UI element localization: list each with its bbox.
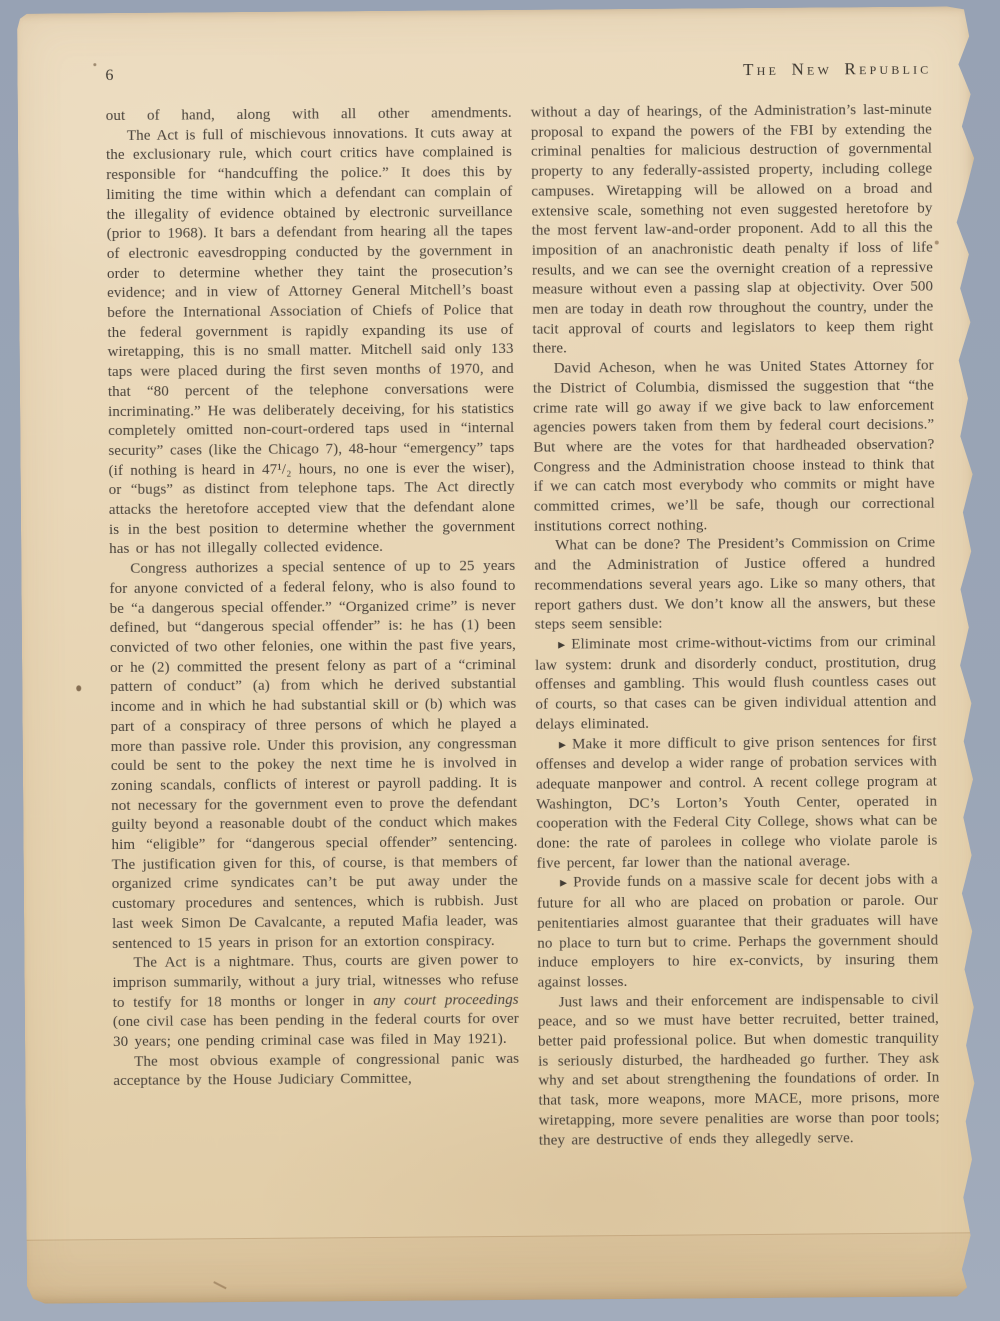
text-segment: David Acheson, when he was United States… [533, 358, 935, 535]
text-columns: out of hand, along with all other amendm… [106, 101, 948, 1155]
text-segment: (one civil case has been pending in the … [113, 1011, 519, 1050]
arrow-bullet-icon: ► [557, 739, 568, 751]
text-segment: out of hand, along with all other amendm… [106, 105, 512, 124]
masthead-title: The New Republic [743, 59, 932, 80]
text-segment: Just laws and their enforcement are indi… [538, 991, 940, 1148]
text-segment: any court proceedings [373, 992, 518, 1009]
paragraph: David Acheson, when he was United States… [533, 357, 935, 537]
right-column: without a day of hearings, of the Admini… [531, 101, 940, 1151]
paragraph: without a day of hearings, of the Admini… [531, 101, 934, 360]
left-column: out of hand, along with all other amendm… [106, 104, 520, 1154]
text-segment: Eliminate most crime-without-victims fro… [535, 634, 936, 733]
arrow-bullet-icon: ► [556, 639, 567, 651]
text-segment: What can be done? The President’s Commis… [534, 535, 935, 633]
paragraph: The most obvious example of congressiona… [113, 1050, 519, 1093]
paragraph: ►Provide funds on a massive scale for de… [537, 871, 939, 993]
text-segment: The most obvious example of congressiona… [113, 1051, 519, 1090]
text-segment: without a day of hearings, of the Admini… [531, 102, 934, 358]
paragraph: What can be done? The President’s Commis… [534, 534, 936, 636]
paragraph: ►Eliminate most crime-without-victims fr… [535, 633, 937, 736]
text-segment: The Act is full of mischievous innovatio… [106, 125, 515, 558]
page-content: 6 The New Republic out of hand, along wi… [17, 6, 984, 1155]
scan-background: 6 The New Republic out of hand, along wi… [0, 0, 1000, 1321]
paragraph: The Act is full of mischievous innovatio… [106, 124, 515, 561]
page-header: 6 The New Republic [105, 59, 931, 85]
paragraph: The Act is a nightmare. Thus, courts are… [112, 951, 519, 1053]
magazine-page: 6 The New Republic out of hand, along wi… [17, 6, 985, 1303]
paper-crack [213, 1281, 226, 1289]
bottom-fold-crease [27, 1232, 985, 1305]
paragraph: Just laws and their enforcement are indi… [538, 990, 940, 1151]
text-segment: Provide funds on a massive scale for dec… [537, 872, 939, 991]
text-segment: Congress authorizes a special sentence o… [109, 558, 518, 952]
page-number: 6 [105, 67, 113, 85]
paragraph: Congress authorizes a special sentence o… [109, 557, 518, 954]
paragraph: out of hand, along with all other amendm… [106, 104, 512, 127]
paragraph: ►Make it more difficult to give prison s… [536, 732, 938, 874]
text-segment: Make it more difficult to give prison se… [536, 733, 938, 871]
arrow-bullet-icon: ► [558, 878, 569, 890]
